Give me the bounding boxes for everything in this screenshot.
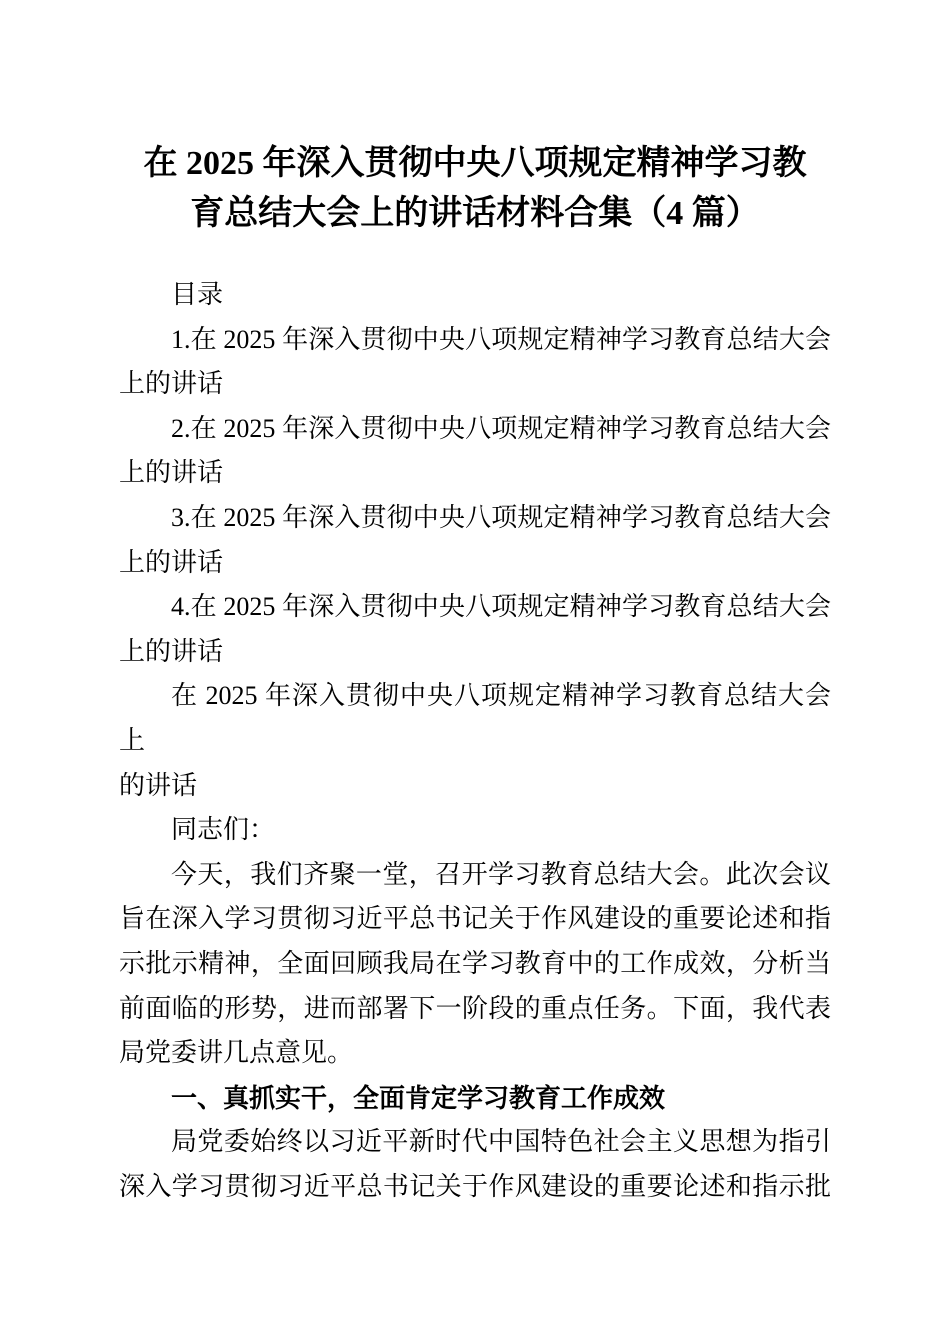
text-line: 上的讲话: [119, 362, 831, 407]
text-line: 示批示精神，全面回顾我局在学习教育中的工作成效，分析当: [119, 942, 831, 987]
document-body: 目录1.在 2025 年深入贯彻中央八项规定精神学习教育总结大会上的讲话2.在 …: [119, 273, 831, 1209]
title-line-1: 在 2025 年深入贯彻中央八项规定精神学习教: [60, 139, 890, 189]
text-line: 上的讲话: [119, 630, 831, 675]
text-line: 目录: [119, 273, 831, 318]
text-line: 在 2025 年深入贯彻中央八项规定精神学习教育总结大会上: [119, 674, 831, 763]
text-line: 1.在 2025 年深入贯彻中央八项规定精神学习教育总结大会: [119, 318, 831, 363]
text-line: 上的讲话: [119, 541, 831, 586]
text-line: 局党委始终以习近平新时代中国特色社会主义思想为指引: [119, 1120, 831, 1165]
document-page: 在 2025 年深入贯彻中央八项规定精神学习教 育总结大会上的讲话材料合集（4 …: [0, 0, 950, 1344]
text-line: 2.在 2025 年深入贯彻中央八项规定精神学习教育总结大会: [119, 407, 831, 452]
text-line: 今天，我们齐聚一堂，召开学习教育总结大会。此次会议: [119, 853, 831, 898]
text-line: 局党委讲几点意见。: [119, 1031, 831, 1076]
text-line: 的讲话: [119, 764, 831, 809]
text-line: 前面临的形势，进而部署下一阶段的重点任务。下面，我代表: [119, 987, 831, 1032]
document-title: 在 2025 年深入贯彻中央八项规定精神学习教 育总结大会上的讲话材料合集（4 …: [60, 139, 890, 239]
text-line: 3.在 2025 年深入贯彻中央八项规定精神学习教育总结大会: [119, 496, 831, 541]
text-line: 旨在深入学习贯彻习近平总书记关于作风建设的重要论述和指: [119, 897, 831, 942]
section-heading: 一、真抓实干，全面肯定学习教育工作成效: [119, 1076, 831, 1121]
text-line: 4.在 2025 年深入贯彻中央八项规定精神学习教育总结大会: [119, 585, 831, 630]
text-line: 同志们：: [119, 808, 831, 853]
text-line: 上的讲话: [119, 451, 831, 496]
text-line: 深入学习贯彻习近平总书记关于作风建设的重要论述和指示批: [119, 1165, 831, 1210]
title-line-2: 育总结大会上的讲话材料合集（4 篇）: [60, 189, 890, 239]
